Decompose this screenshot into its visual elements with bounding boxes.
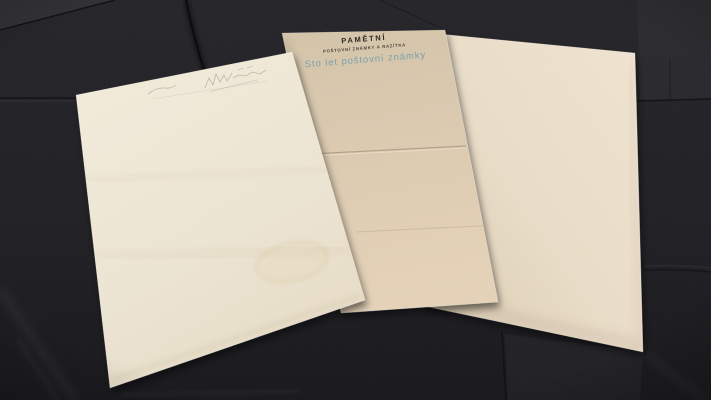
grain-overlay bbox=[0, 0, 711, 400]
photo-of-three-paper-sheets-on-leather-sofa: PAMĚTNÍ POŠTOVNÍ ZNÁMKY A RAZÍTKA Sto le… bbox=[0, 0, 711, 400]
photo-canvas bbox=[0, 0, 711, 400]
